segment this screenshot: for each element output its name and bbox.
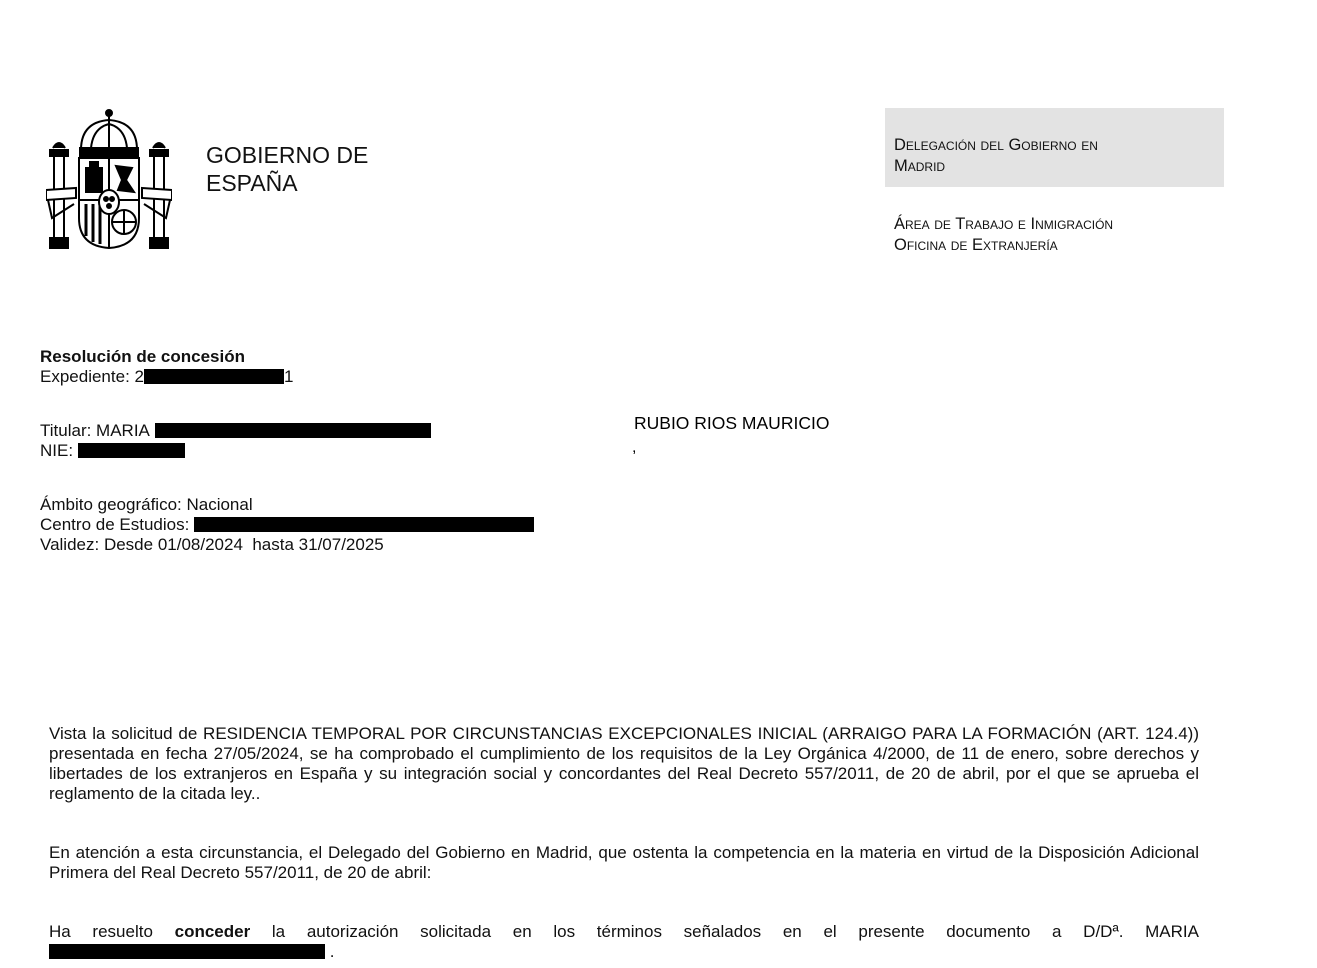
validez-label: Validez:	[40, 535, 104, 554]
government-title: GOBIERNO DE ESPAÑA	[206, 141, 368, 197]
redaction-bar	[49, 944, 325, 959]
centro-field: Centro de Estudios:	[40, 515, 534, 535]
redaction-bar	[144, 369, 284, 384]
paragraph-atencion: En atención a esta circunstancia, el Del…	[49, 843, 1199, 883]
titular-label: Titular:	[40, 421, 96, 440]
redaction-bar	[194, 517, 534, 532]
resolution-title: Resolución de concesión	[40, 347, 245, 367]
resuelto-after: la autorización solicitada en los términ…	[250, 922, 1199, 941]
delegation-line-1: Delegación del Gobierno en	[894, 135, 1214, 156]
paragraph-solicitud: Vista la solicitud de RESIDENCIA TEMPORA…	[49, 724, 1199, 804]
centro-label: Centro de Estudios:	[40, 515, 194, 534]
validez-field: Validez: Desde 01/08/2024 hasta 31/07/20…	[40, 535, 384, 555]
redaction-bar	[78, 443, 185, 458]
representative-sub: ,	[632, 439, 636, 457]
nie-label: NIE:	[40, 441, 78, 460]
expediente-suffix: 1	[284, 367, 293, 386]
delegation-line-2: Madrid	[894, 156, 1214, 177]
resuelto-end: .	[325, 942, 334, 961]
gov-line-2: ESPAÑA	[206, 169, 368, 197]
expediente-prefix: 2	[135, 367, 144, 386]
titular-field: Titular: MARIA	[40, 421, 431, 441]
nie-field: NIE:	[40, 441, 185, 461]
area-line-1: Área de Trabajo e Inmigración	[894, 214, 1113, 235]
delegation-title: Delegación del Gobierno en Madrid	[894, 135, 1214, 177]
validez-value: Desde 01/08/2024 hasta 31/07/2025	[104, 535, 384, 554]
resuelto-before: Ha resuelto	[49, 922, 175, 941]
redaction-bar	[155, 423, 431, 438]
ambito-label: Ámbito geográfico:	[40, 495, 186, 514]
expediente-label: Expediente:	[40, 367, 135, 386]
representative-name: RUBIO RIOS MAURICIO	[634, 413, 829, 434]
ambito-field: Ámbito geográfico: Nacional	[40, 495, 253, 515]
expediente-field: Expediente: 21	[40, 367, 293, 387]
gov-line-1: GOBIERNO DE	[206, 141, 368, 169]
paragraph-resuelto: Ha resuelto conceder la autorización sol…	[49, 922, 1199, 962]
area-block: Área de Trabajo e Inmigración Oficina de…	[894, 214, 1113, 256]
spain-coat-of-arms-icon	[46, 108, 172, 252]
titular-name: MARIA	[96, 421, 149, 440]
area-line-2: Oficina de Extranjería	[894, 235, 1113, 256]
resuelto-bold: conceder	[175, 922, 251, 941]
ambito-value: Nacional	[186, 495, 252, 514]
